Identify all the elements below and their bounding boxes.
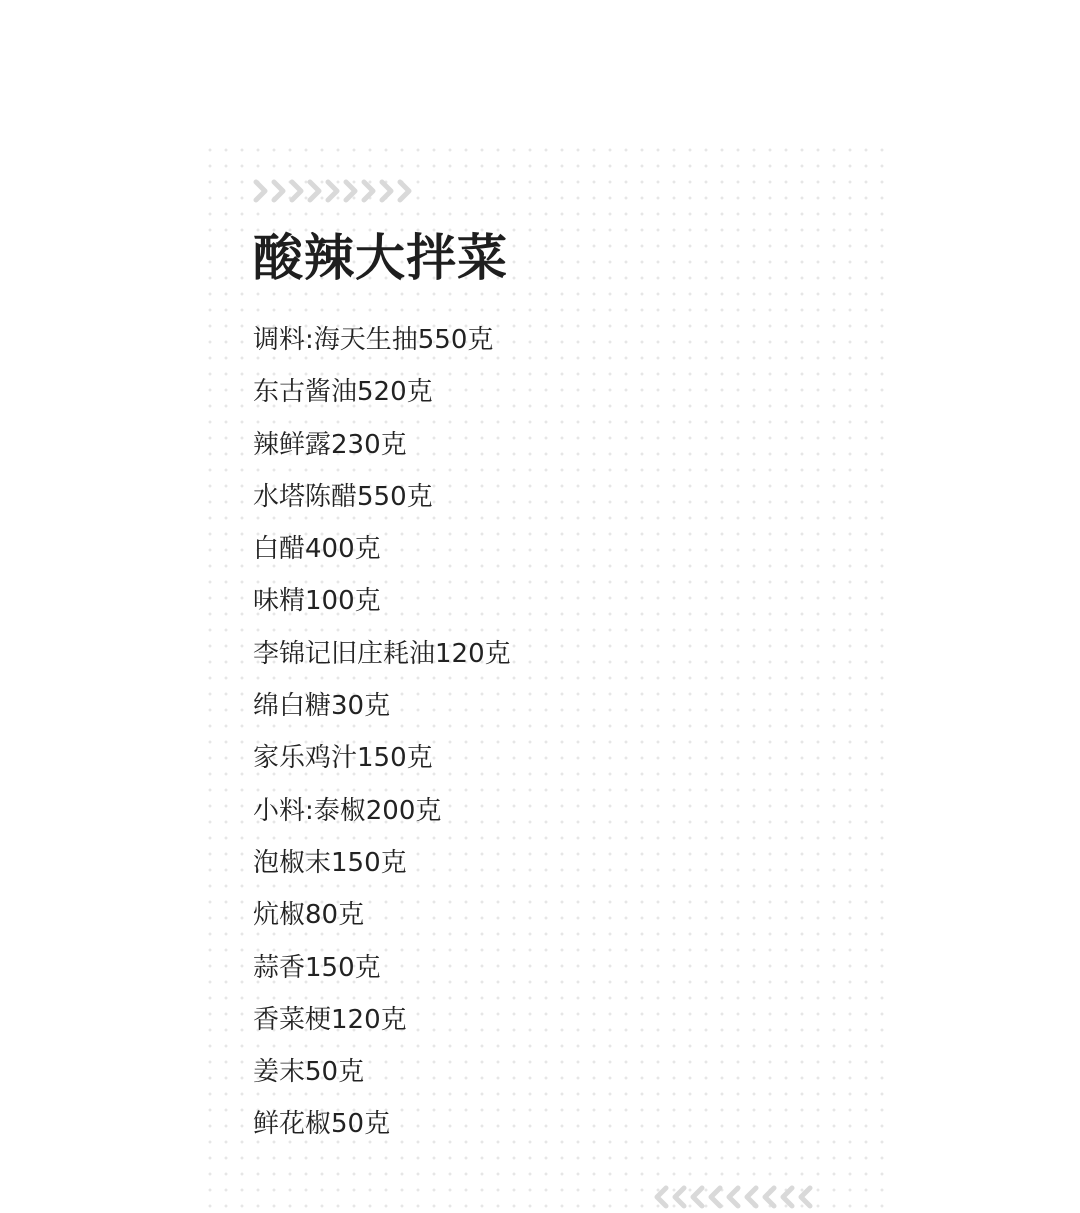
ingredient-line: 鲜花椒50克 [253, 1102, 511, 1154]
top-chevron-decoration [252, 178, 414, 204]
chevron-right-icon [252, 178, 270, 204]
bottom-chevron-decoration [652, 1184, 814, 1210]
recipe-title: 酸辣大拌菜 [253, 226, 508, 290]
chevron-right-icon [378, 178, 396, 204]
ingredient-line: 炕椒80克 [253, 893, 511, 945]
chevron-right-icon [306, 178, 324, 204]
chevron-left-icon [760, 1184, 778, 1210]
ingredient-line: 调料:海天生抽550克 [253, 318, 511, 370]
ingredient-line: 李锦记旧庄耗油120克 [253, 632, 511, 684]
ingredient-line: 香菜梗120克 [253, 998, 511, 1050]
chevron-left-icon [688, 1184, 706, 1210]
ingredient-line: 家乐鸡汁150克 [253, 736, 511, 788]
chevron-left-icon [706, 1184, 724, 1210]
ingredient-line: 味精100克 [253, 579, 511, 631]
chevron-left-icon [670, 1184, 688, 1210]
chevron-left-icon [724, 1184, 742, 1210]
chevron-left-icon [742, 1184, 760, 1210]
ingredient-line: 姜末50克 [253, 1050, 511, 1102]
ingredient-line: 东古酱油520克 [253, 370, 511, 422]
ingredient-line: 泡椒末150克 [253, 841, 511, 893]
ingredient-line: 蒜香150克 [253, 946, 511, 998]
chevron-right-icon [288, 178, 306, 204]
chevron-right-icon [324, 178, 342, 204]
chevron-left-icon [652, 1184, 670, 1210]
chevron-left-icon [778, 1184, 796, 1210]
chevron-left-icon [796, 1184, 814, 1210]
ingredient-line: 白醋400克 [253, 527, 511, 579]
chevron-right-icon [270, 178, 288, 204]
ingredient-line: 辣鲜露230克 [253, 423, 511, 475]
ingredient-list: 调料:海天生抽550克 东古酱油520克 辣鲜露230克 水塔陈醋550克 白醋… [253, 318, 511, 1155]
ingredient-line: 小料:泰椒200克 [253, 789, 511, 841]
chevron-right-icon [396, 178, 414, 204]
chevron-right-icon [360, 178, 378, 204]
ingredient-line: 水塔陈醋550克 [253, 475, 511, 527]
chevron-right-icon [342, 178, 360, 204]
ingredient-line: 绵白糖30克 [253, 684, 511, 736]
